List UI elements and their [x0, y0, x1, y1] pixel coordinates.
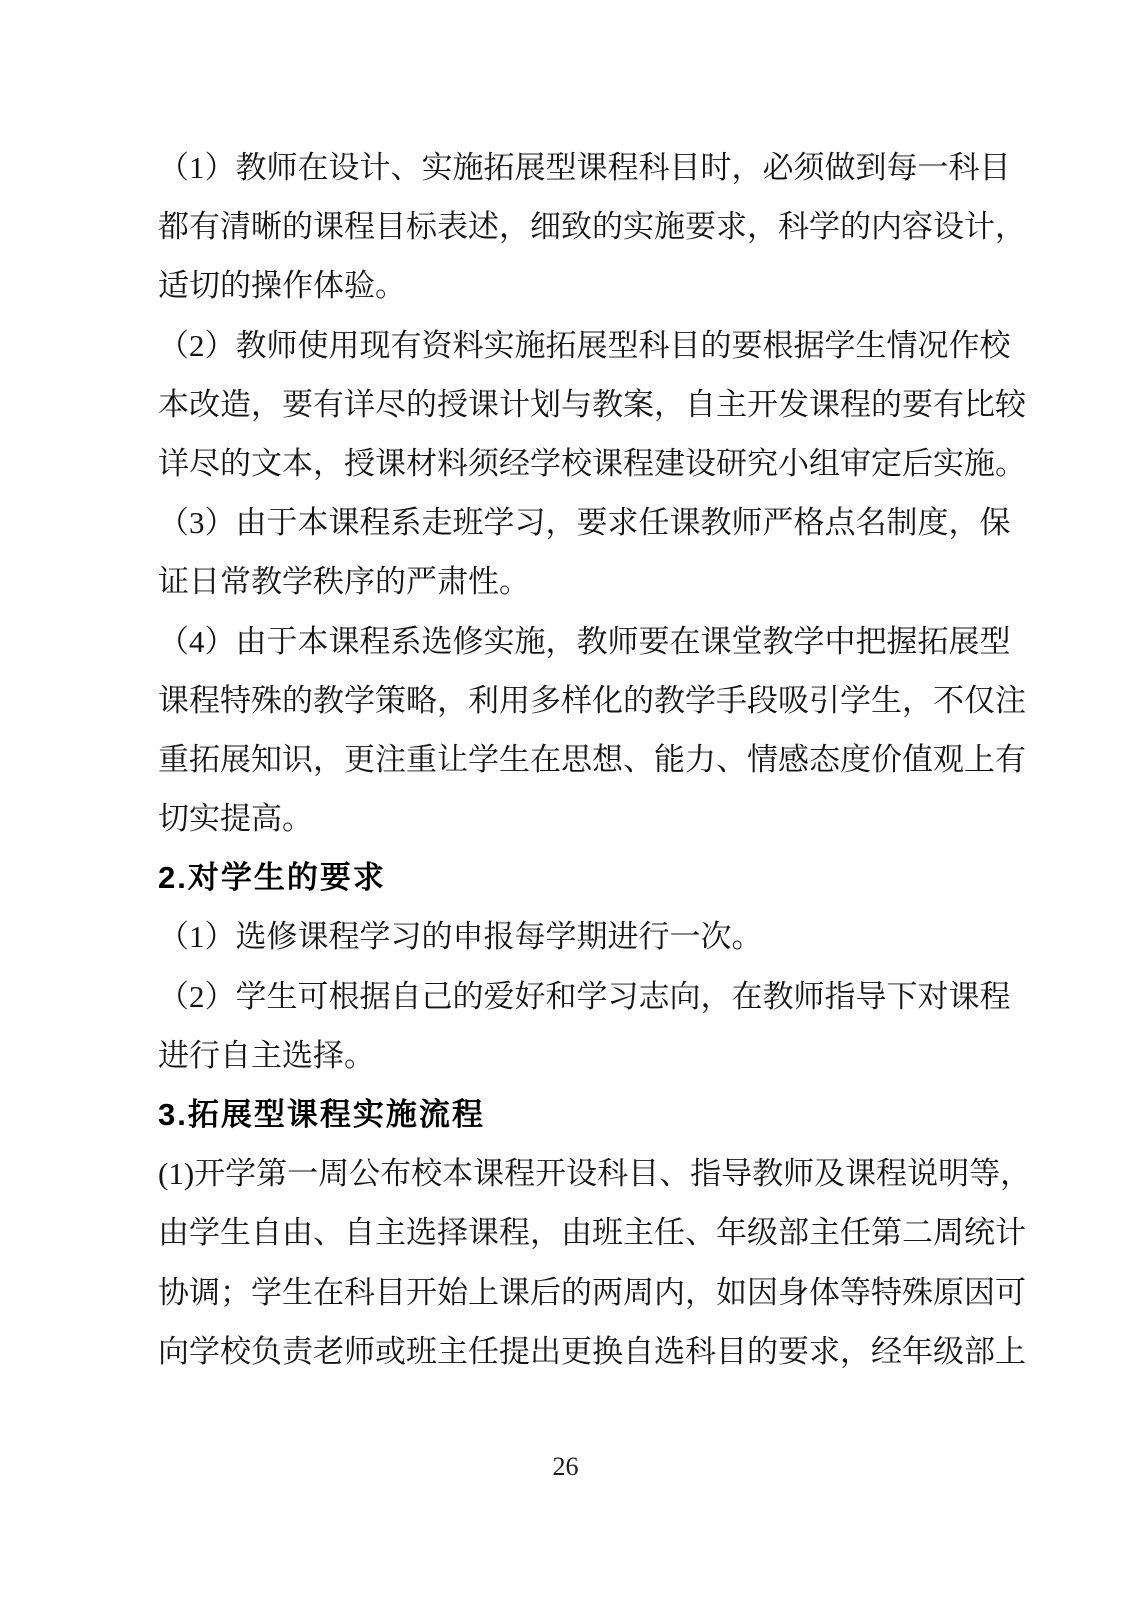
text-line: 本改造，要有详尽的授课计划与教案，自主开发课程的要有比较 [158, 375, 964, 434]
text-line: （2）教师使用现有资料实施拓展型科目的要根据学生情况作校 [158, 316, 964, 375]
paragraph-implementation-step-1: (1)开学第一周公布校本课程开设科目、指导教师及课程说明等， 由学生自由、自主选… [158, 1144, 964, 1381]
text-line: 由学生自由、自主选择课程，由班主任、年级部主任第二周统计 [158, 1203, 964, 1262]
paragraph-student-requirement-1: （1）选修课程学习的申报每学期进行一次。 [158, 907, 964, 966]
text-line: （3）由于本课程系走班学习，要求任课教师严格点名制度，保 [158, 493, 964, 552]
paragraph-teacher-requirement-1: （1）教师在设计、实施拓展型课程科目时，必须做到每一科目 都有清晰的课程目标表述… [158, 138, 964, 316]
text-line: 切实提高。 [158, 789, 964, 848]
text-line: 进行自主选择。 [158, 1026, 964, 1085]
text-line: 课程特殊的教学策略，利用多样化的教学手段吸引学生，不仅注 [158, 671, 964, 730]
document-page: （1）教师在设计、实施拓展型课程科目时，必须做到每一科目 都有清晰的课程目标表述… [0, 0, 1131, 1600]
text-line: 证日常教学秩序的严肃性。 [158, 552, 964, 611]
page-number: 26 [0, 1452, 1131, 1482]
text-line: （4）由于本课程系选修实施，教师要在课堂教学中把握拓展型 [158, 612, 964, 671]
text-line: 都有清晰的课程目标表述，细致的实施要求，科学的内容设计， [158, 197, 964, 256]
text-line: （2）学生可根据自己的爱好和学习志向，在教师指导下对课程 [158, 967, 964, 1026]
text-line: （1）选修课程学习的申报每学期进行一次。 [158, 907, 964, 966]
text-line: 向学校负责老师或班主任提出更换自选科目的要求，经年级部上 [158, 1322, 964, 1381]
section-heading-implementation-process: 3.拓展型课程实施流程 [158, 1085, 964, 1144]
section-heading-student-requirements: 2.对学生的要求 [158, 848, 964, 907]
paragraph-teacher-requirement-2: （2）教师使用现有资料实施拓展型科目的要根据学生情况作校 本改造，要有详尽的授课… [158, 316, 964, 494]
text-line: 详尽的文本，授课材料须经学校课程建设研究小组审定后实施。 [158, 434, 964, 493]
text-line: 协调；学生在科目开始上课后的两周内，如因身体等特殊原因可 [158, 1263, 964, 1322]
text-line: (1)开学第一周公布校本课程开设科目、指导教师及课程说明等， [158, 1144, 964, 1203]
text-line: 适切的操作体验。 [158, 256, 964, 315]
text-line: （1）教师在设计、实施拓展型课程科目时，必须做到每一科目 [158, 138, 964, 197]
paragraph-teacher-requirement-3: （3）由于本课程系走班学习，要求任课教师严格点名制度，保 证日常教学秩序的严肃性… [158, 493, 964, 611]
text-line: 重拓展知识，更注重让学生在思想、能力、情感态度价值观上有 [158, 730, 964, 789]
page-body: （1）教师在设计、实施拓展型课程科目时，必须做到每一科目 都有清晰的课程目标表述… [158, 138, 964, 1381]
paragraph-teacher-requirement-4: （4）由于本课程系选修实施，教师要在课堂教学中把握拓展型 课程特殊的教学策略，利… [158, 612, 964, 849]
paragraph-student-requirement-2: （2）学生可根据自己的爱好和学习志向，在教师指导下对课程 进行自主选择。 [158, 967, 964, 1085]
